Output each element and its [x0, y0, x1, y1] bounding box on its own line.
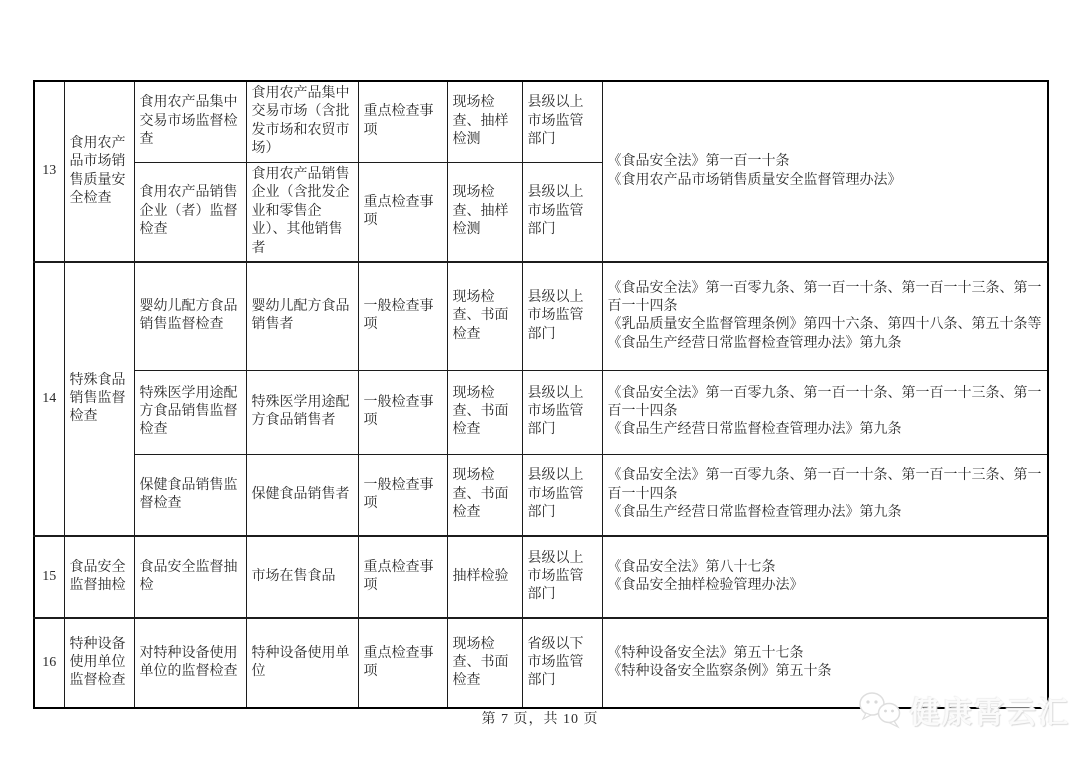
table-row: 15 食品安全监督抽检 食品安全监督抽检 市场在售食品 重点检查事项 抽样检验 … — [34, 536, 1048, 618]
cell-inspection-type: 一般检查事项 — [358, 454, 447, 536]
legal-basis-line: 《食用农产品市场销售质量安全监督管理办法》 — [608, 172, 1043, 190]
table-row: 特殊医学用途配方食品销售监督检查 特殊医学用途配方食品销售者 一般检查事项 现场… — [34, 370, 1048, 454]
cell-row-number: 14 — [34, 262, 64, 536]
cell-legal-basis: 《食品安全法》第一百零九条、第一百一十条、第一百一十三条、第一百一十四条 《乳品… — [602, 262, 1048, 370]
cell-inspection-method: 现场检查、书面检查 — [447, 262, 522, 370]
cell-inspection-method: 现场检查、书面检查 — [447, 370, 522, 454]
legal-basis-line: 《食品生产经营日常监督检查管理办法》第九条 — [608, 421, 1043, 439]
cell-legal-basis: 《特种设备安全法》第五十七条 《特种设备安全监察条例》第五十条 — [602, 618, 1048, 708]
cell-inspection-item: 食用农产品销售企业（者）监督检查 — [134, 162, 246, 262]
cell-department: 县级以上市场监管部门 — [522, 370, 602, 454]
legal-basis-line: 《食品安全法》第一百一十条 — [608, 153, 1043, 171]
legal-basis-line: 《特种设备安全法》第五十七条 — [608, 645, 1043, 663]
cell-inspection-method: 现场检查、书面检查 — [447, 618, 522, 708]
cell-inspection-item: 特殊医学用途配方食品销售监督检查 — [134, 370, 246, 454]
page-number-footer: 第 7 页，共 10 页 — [0, 708, 1080, 728]
cell-category: 食用农产品市场销售质量安全检查 — [64, 81, 134, 262]
table-row: 14 特殊食品销售监督检查 婴幼儿配方食品销售监督检查 婴幼儿配方食品销售者 一… — [34, 262, 1048, 370]
document-page: 13 食用农产品市场销售质量安全检查 食用农产品集中交易市场监督检查 食用农产品… — [0, 0, 1080, 764]
table-row: 16 特种设备使用单位监督检查 对特种设备使用单位的监督检查 特种设备使用单位 … — [34, 618, 1048, 708]
cell-legal-basis: 《食品安全法》第一百零九条、第一百一十条、第一百一十三条、第一百一十四条 《食品… — [602, 454, 1048, 536]
cell-legal-basis: 《食品安全法》第八十七条 《食品安全抽样检验管理办法》 — [602, 536, 1048, 618]
legal-basis-line: 《食品安全法》第八十七条 — [608, 559, 1043, 577]
cell-inspection-object: 食用农产品销售企业（含批发企业和零售企业）、其他销售者 — [246, 162, 358, 262]
legal-basis-line: 《食品生产经营日常监督检查管理办法》第九条 — [608, 504, 1043, 522]
cell-inspection-type: 重点检查事项 — [358, 618, 447, 708]
table-row: 保健食品销售监督检查 保健食品销售者 一般检查事项 现场检查、书面检查 县级以上… — [34, 454, 1048, 536]
cell-inspection-type: 重点检查事项 — [358, 536, 447, 618]
inspection-items-table: 13 食用农产品市场销售质量安全检查 食用农产品集中交易市场监督检查 食用农产品… — [33, 80, 1049, 709]
cell-legal-basis: 《食品安全法》第一百一十条 《食用农产品市场销售质量安全监督管理办法》 — [602, 81, 1048, 262]
legal-basis-line: 《特种设备安全监察条例》第五十条 — [608, 663, 1043, 681]
table-row: 13 食用农产品市场销售质量安全检查 食用农产品集中交易市场监督检查 食用农产品… — [34, 81, 1048, 162]
cell-inspection-object: 食用农产品集中交易市场（含批发市场和农贸市场） — [246, 81, 358, 162]
cell-inspection-object: 婴幼儿配方食品销售者 — [246, 262, 358, 370]
cell-inspection-item: 婴幼儿配方食品销售监督检查 — [134, 262, 246, 370]
cell-inspection-method: 现场检查、抽样检测 — [447, 81, 522, 162]
cell-inspection-item: 食用农产品集中交易市场监督检查 — [134, 81, 246, 162]
cell-department: 县级以上市场监管部门 — [522, 454, 602, 536]
cell-inspection-object: 特种设备使用单位 — [246, 618, 358, 708]
legal-basis-line: 《食品安全法》第一百零九条、第一百一十条、第一百一十三条、第一百一十四条 — [608, 280, 1043, 317]
cell-inspection-method: 抽样检验 — [447, 536, 522, 618]
cell-row-number: 15 — [34, 536, 64, 618]
cell-department: 县级以上市场监管部门 — [522, 162, 602, 262]
cell-inspection-object: 保健食品销售者 — [246, 454, 358, 536]
cell-inspection-method: 现场检查、书面检查 — [447, 454, 522, 536]
cell-category: 特殊食品销售监督检查 — [64, 262, 134, 536]
legal-basis-line: 《乳品质量安全监督管理条例》第四十六条、第四十八条、第五十条等 — [608, 316, 1043, 334]
cell-inspection-item: 保健食品销售监督检查 — [134, 454, 246, 536]
legal-basis-line: 《食品安全法》第一百零九条、第一百一十条、第一百一十三条、第一百一十四条 — [608, 385, 1043, 422]
cell-row-number: 13 — [34, 81, 64, 262]
legal-basis-line: 《食品安全法》第一百零九条、第一百一十条、第一百一十三条、第一百一十四条 — [608, 467, 1043, 504]
cell-department: 县级以上市场监管部门 — [522, 262, 602, 370]
cell-inspection-type: 一般检查事项 — [358, 370, 447, 454]
cell-inspection-object: 市场在售食品 — [246, 536, 358, 618]
cell-inspection-object: 特殊医学用途配方食品销售者 — [246, 370, 358, 454]
cell-inspection-type: 重点检查事项 — [358, 162, 447, 262]
cell-inspection-item: 食品安全监督抽检 — [134, 536, 246, 618]
cell-inspection-type: 重点检查事项 — [358, 81, 447, 162]
cell-row-number: 16 — [34, 618, 64, 708]
legal-basis-line: 《食品安全抽样检验管理办法》 — [608, 577, 1043, 595]
cell-inspection-item: 对特种设备使用单位的监督检查 — [134, 618, 246, 708]
cell-legal-basis: 《食品安全法》第一百零九条、第一百一十条、第一百一十三条、第一百一十四条 《食品… — [602, 370, 1048, 454]
cell-department: 省级以下市场监管部门 — [522, 618, 602, 708]
legal-basis-line: 《食品生产经营日常监督检查管理办法》第九条 — [608, 335, 1043, 353]
cell-category: 特种设备使用单位监督检查 — [64, 618, 134, 708]
cell-category: 食品安全监督抽检 — [64, 536, 134, 618]
cell-department: 县级以上市场监管部门 — [522, 536, 602, 618]
cell-inspection-method: 现场检查、抽样检测 — [447, 162, 522, 262]
cell-department: 县级以上市场监管部门 — [522, 81, 602, 162]
cell-inspection-type: 一般检查事项 — [358, 262, 447, 370]
